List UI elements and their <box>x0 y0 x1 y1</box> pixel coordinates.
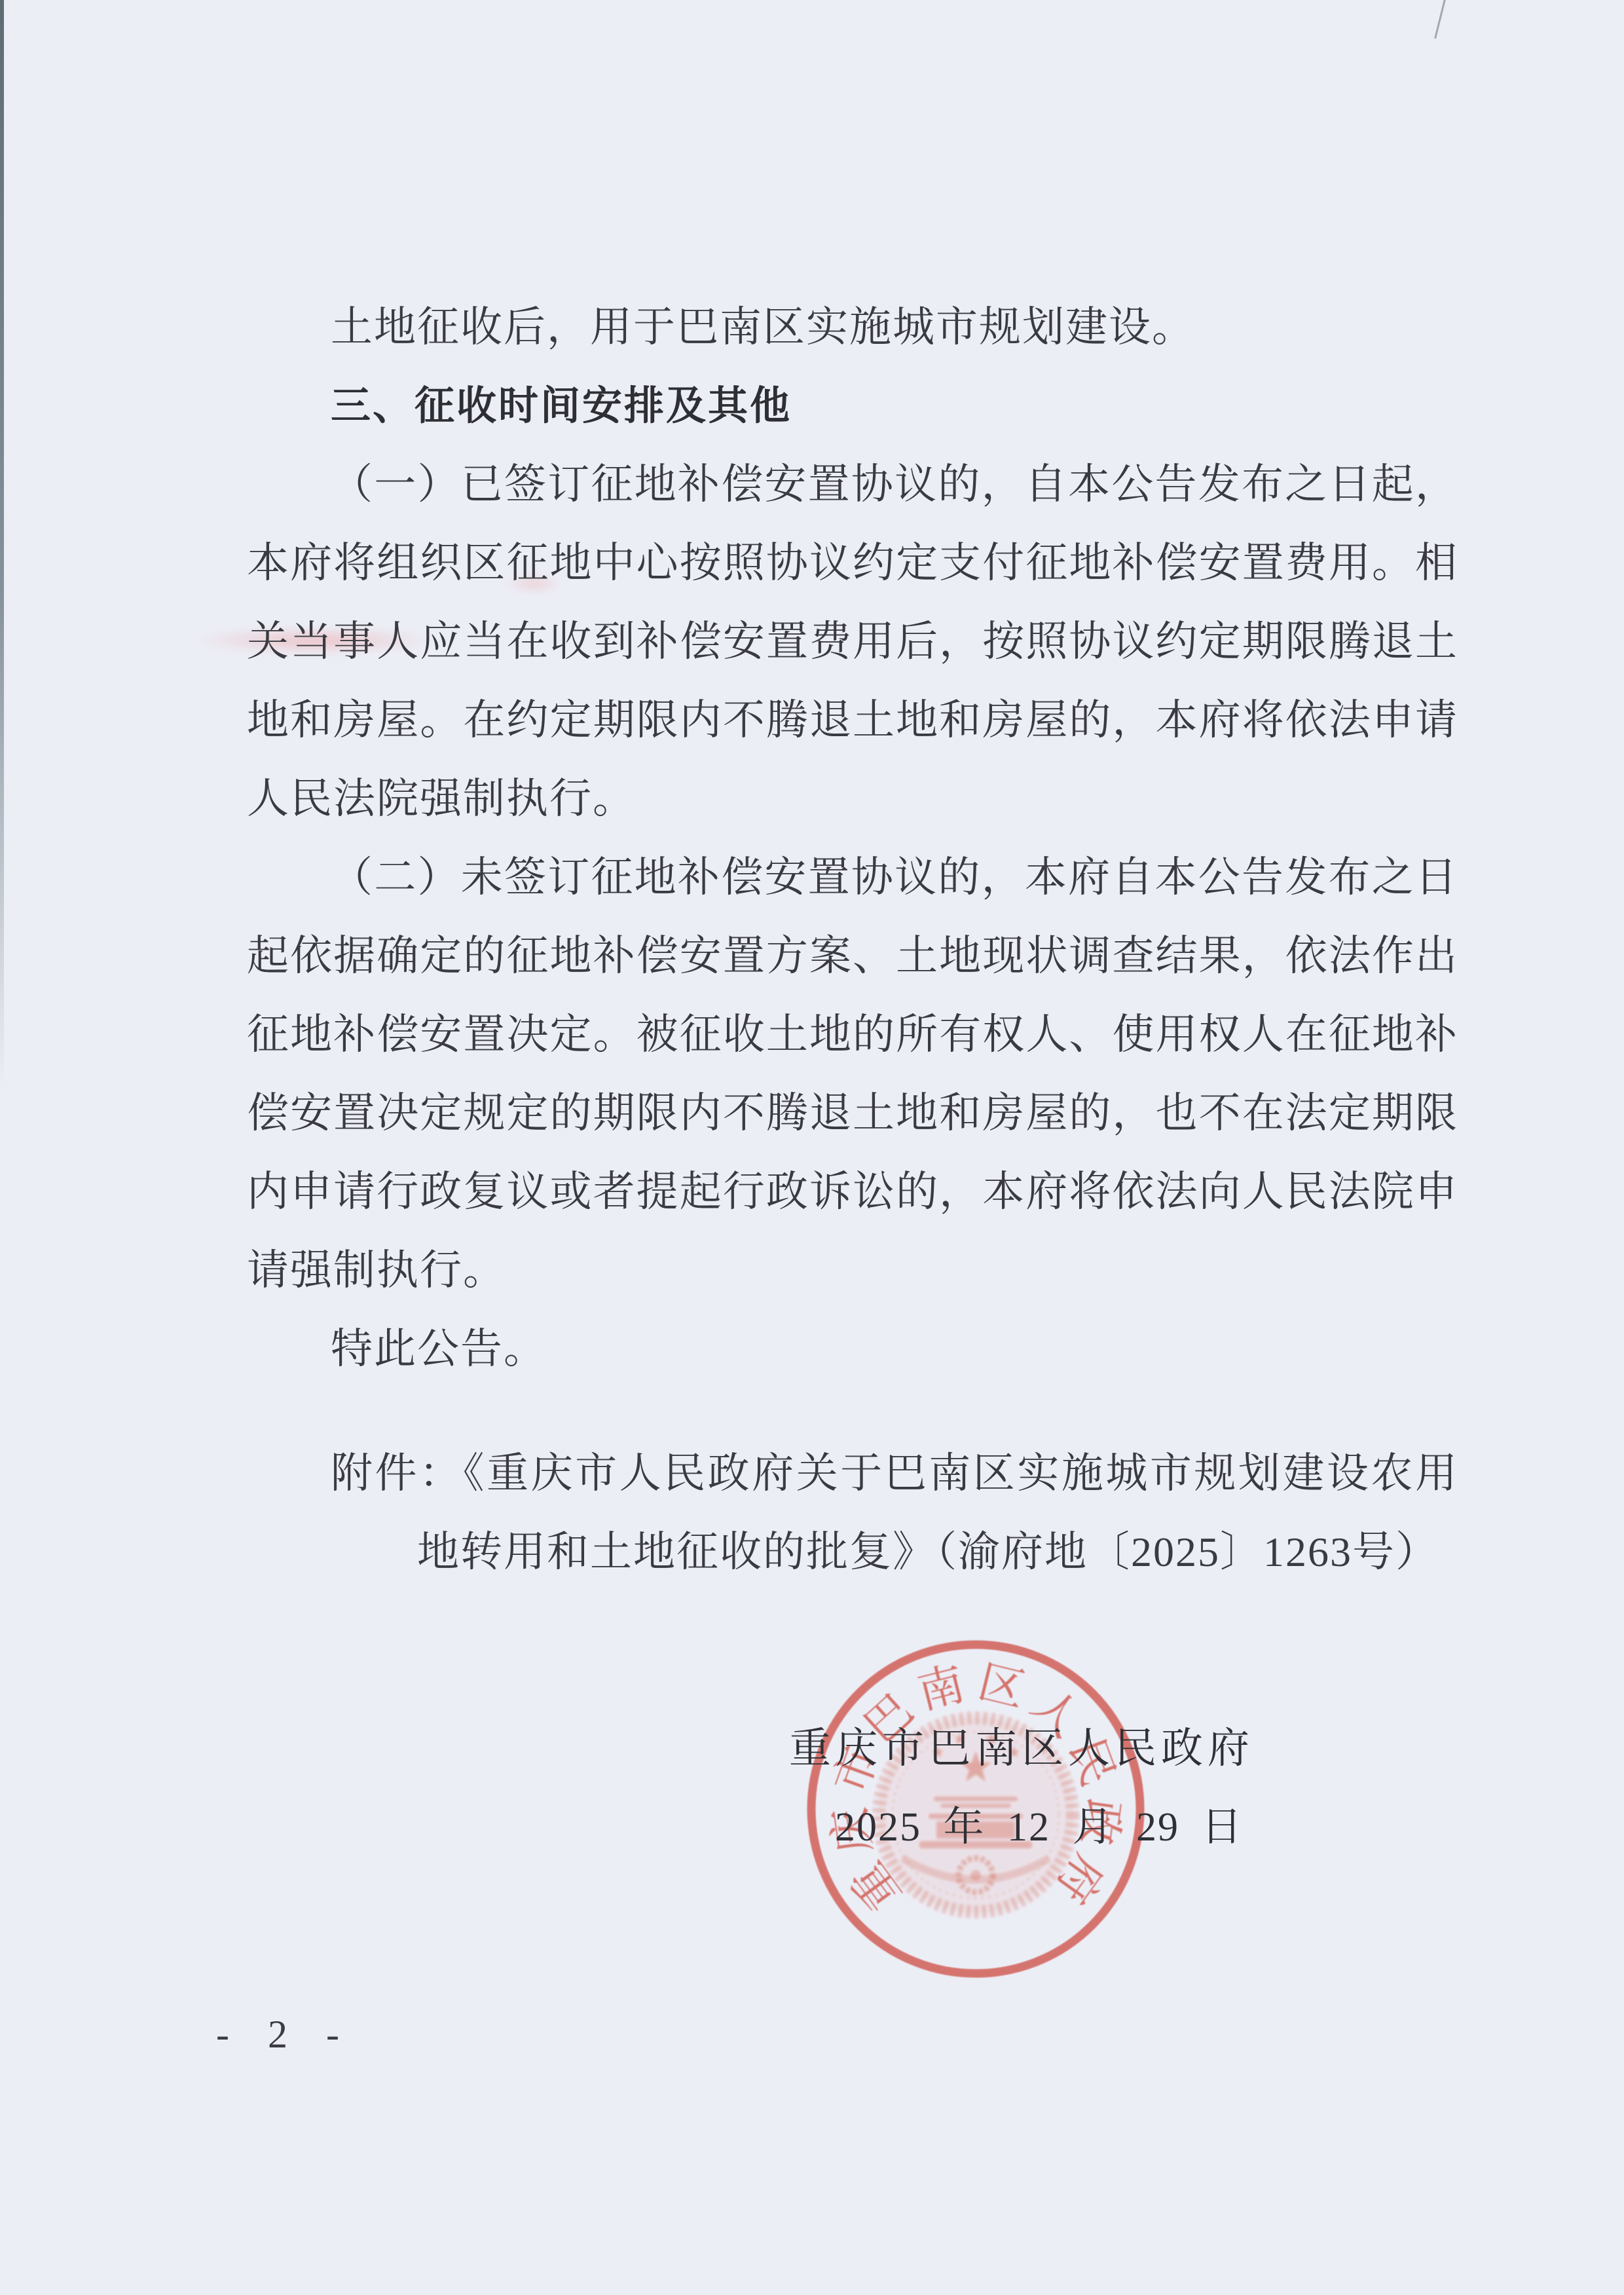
body-line: 地和房屋。在约定期限内不腾退土地和房屋的，本府将依法申请 <box>247 681 1457 760</box>
attachment-line: 附件：《重庆市人民政府关于巴南区实施城市规划建设农用 <box>247 1434 1457 1513</box>
body-line: 偿安置决定规定的期限内不腾退土地和房屋的，也不在法定期限 <box>247 1074 1457 1153</box>
body-line: 土地征收后，用于巴南区实施城市规划建设。 <box>247 288 1457 367</box>
body-line: 内申请行政复议或者提起行政诉讼的，本府将依法向人民法院申 <box>247 1153 1457 1231</box>
body-line: （二）未签订征地补偿安置协议的，本府自本公告发布之日 <box>247 838 1457 917</box>
body-line: 本府将组织区征地中心按照协议约定支付征地补偿安置费用。相 <box>247 524 1457 603</box>
scanned-document-page: 土地征收后，用于巴南区实施城市规划建设。 三、征收时间安排及其他 （一）已签订征… <box>0 0 1624 2295</box>
attachment-line: 地转用和土地征收的批复》（渝府地〔2025〕1263号） <box>247 1513 1457 1592</box>
page-number: - 2 - <box>216 2012 354 2057</box>
body-line: 请强制执行。 <box>247 1231 1457 1310</box>
body-line: 关当事人应当在收到补偿安置费用后，按照协议约定期限腾退土 <box>247 603 1457 681</box>
body-line: 起依据确定的征地补偿安置方案、土地现状调查结果，依法作出 <box>247 917 1457 996</box>
scan-hair-artifact <box>1434 0 1447 39</box>
issue-date: 2025 年 12 月 29 日 <box>247 1788 1457 1867</box>
body-line: 特此公告。 <box>247 1310 1457 1389</box>
issuer-signature: 重庆市巴南区人民政府 <box>247 1709 1457 1788</box>
body-line: 征地补偿安置决定。被征收土地的所有权人、使用权人在征地补 <box>247 996 1457 1074</box>
document-body: 土地征收后，用于巴南区实施城市规划建设。 三、征收时间安排及其他 （一）已签订征… <box>247 288 1457 1867</box>
section-heading: 三、征收时间安排及其他 <box>247 367 1457 445</box>
blank-gap <box>247 1389 1457 1434</box>
body-line: （一）已签订征地补偿安置协议的，自本公告发布之日起， <box>247 445 1457 524</box>
body-line: 人民法院强制执行。 <box>247 760 1457 838</box>
scan-edge-artifact <box>0 0 4 1087</box>
